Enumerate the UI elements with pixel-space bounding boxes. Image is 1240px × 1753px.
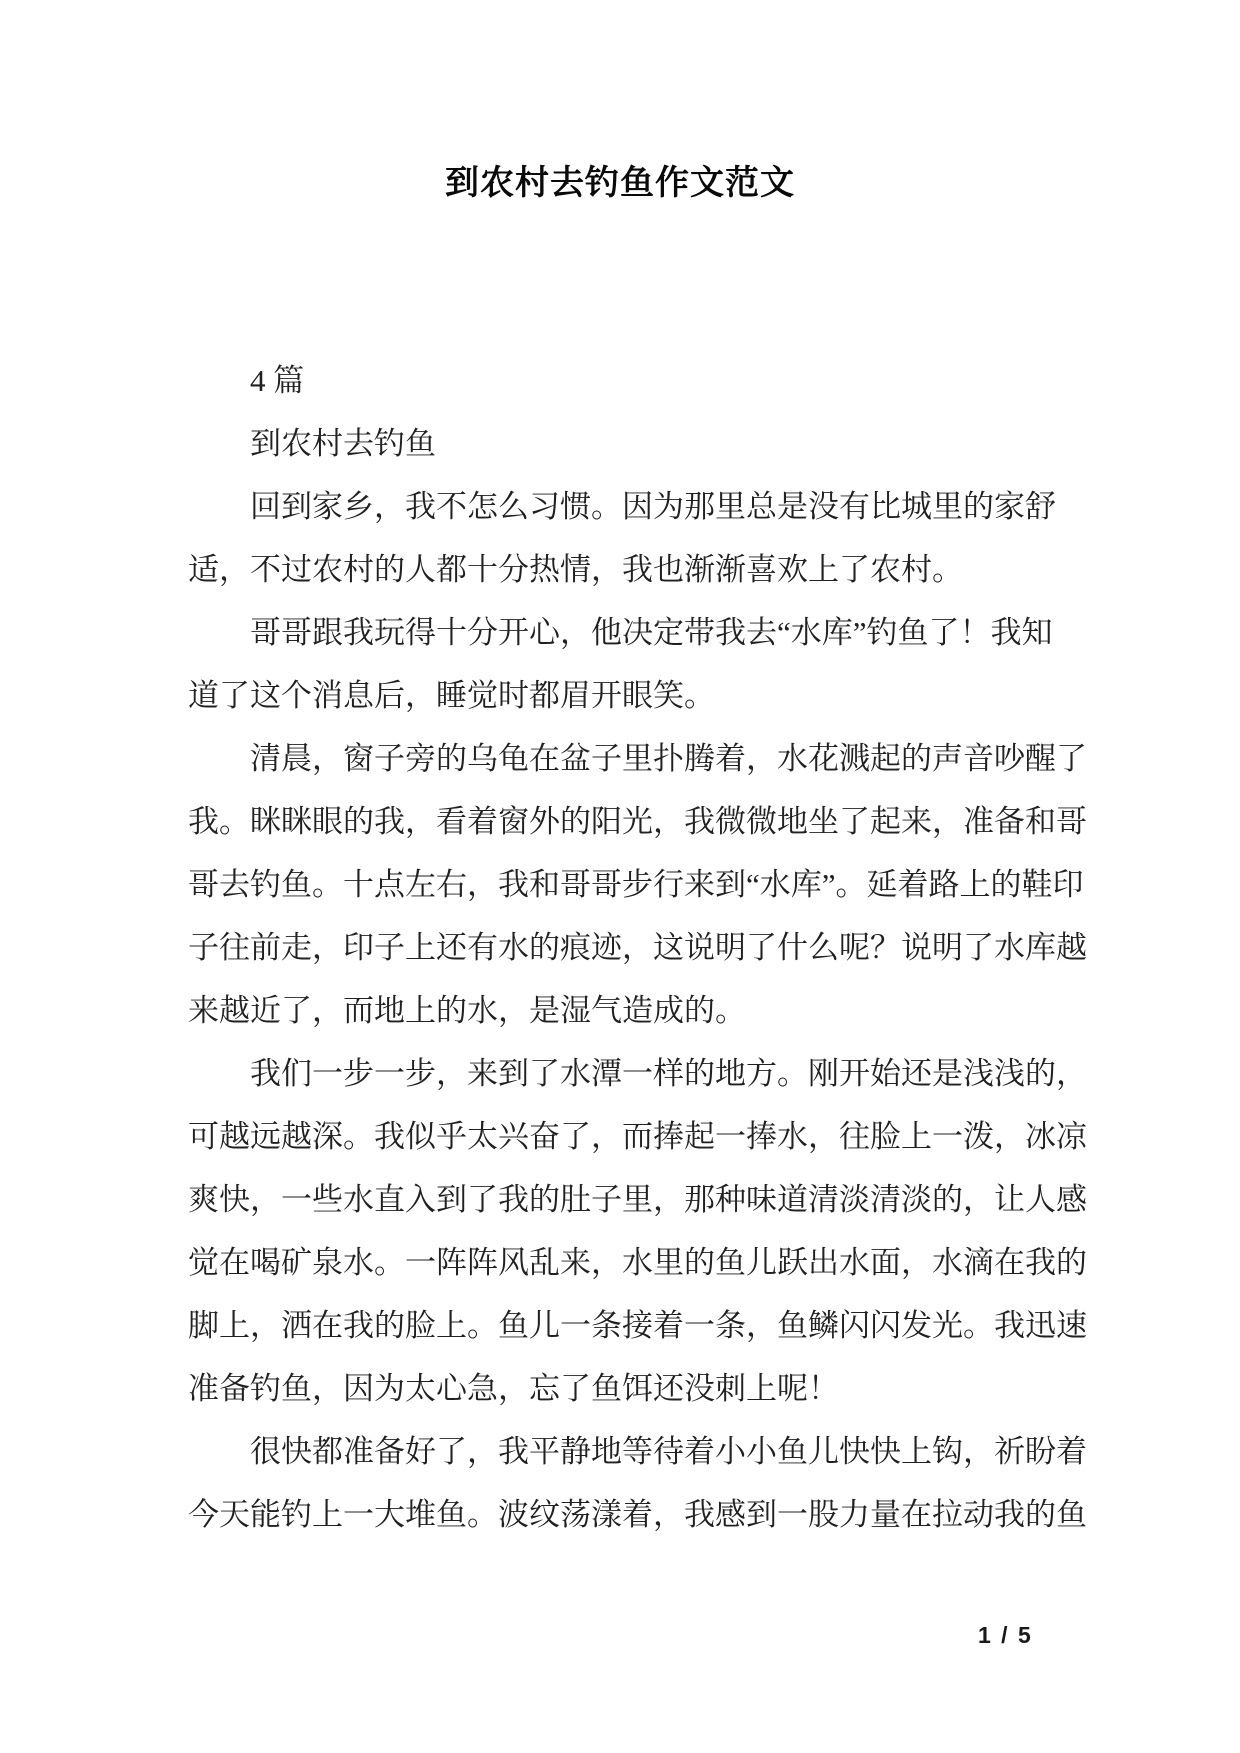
page-number: 1 / 5: [978, 1620, 1033, 1650]
paragraph: 到农村去钓鱼: [188, 412, 1054, 475]
text-line: 可越远越深。我似乎太兴奋了，而捧起一捧水，往脸上一泼，冰凉: [188, 1105, 1054, 1168]
document-page: { "page": { "title": "到农村去钓鱼作文范文", "page…: [0, 0, 1240, 1753]
text-line: 觉在喝矿泉水。一阵阵风乱来，水里的鱼儿跃出水面，水滴在我的: [188, 1231, 1054, 1294]
text-line: 道了这个消息后，睡觉时都眉开眼笑。: [188, 664, 1054, 727]
text-line: 来越近了，而地上的水，是湿气造成的。: [188, 979, 1054, 1042]
text-line: 哥去钓鱼。十点左右，我和哥哥步行来到“水库”。延着路上的鞋印: [188, 853, 1054, 916]
text-line: 适，不过农村的人都十分热情，我也渐渐喜欢上了农村。: [188, 538, 1054, 601]
paragraph: 我们一步一步，来到了水潭一样的地方。刚开始还是浅浅的，可越远越深。我似乎太兴奋了…: [188, 1042, 1054, 1420]
document-title: 到农村去钓鱼作文范文: [0, 160, 1240, 208]
text-line: 4 篇: [188, 349, 1054, 412]
paragraph: 哥哥跟我玩得十分开心，他决定带我去“水库”钓鱼了！我知道了这个消息后，睡觉时都眉…: [188, 601, 1054, 727]
paragraph: 清晨，窗子旁的乌龟在盆子里扑腾着，水花溅起的声音吵醒了我。眯眯眼的我，看着窗外的…: [188, 727, 1054, 1042]
paragraph: 回到家乡，我不怎么习惯。因为那里总是没有比城里的家舒适，不过农村的人都十分热情，…: [188, 475, 1054, 601]
text-line: 哥哥跟我玩得十分开心，他决定带我去“水库”钓鱼了！我知: [188, 601, 1054, 664]
text-line: 爽快，一些水直入到了我的肚子里，那种味道清淡清淡的，让人感: [188, 1168, 1054, 1231]
text-line: 清晨，窗子旁的乌龟在盆子里扑腾着，水花溅起的声音吵醒了: [188, 727, 1054, 790]
text-line: 我们一步一步，来到了水潭一样的地方。刚开始还是浅浅的，: [188, 1042, 1054, 1105]
text-line: 回到家乡，我不怎么习惯。因为那里总是没有比城里的家舒: [188, 475, 1054, 538]
text-line: 到农村去钓鱼: [188, 412, 1054, 475]
text-line: 今天能钓上一大堆鱼。波纹荡漾着，我感到一股力量在拉动我的鱼: [188, 1483, 1054, 1546]
document-body: 4 篇到农村去钓鱼回到家乡，我不怎么习惯。因为那里总是没有比城里的家舒适，不过农…: [188, 349, 1054, 1546]
paragraph: 4 篇: [188, 349, 1054, 412]
text-line: 脚上，洒在我的脸上。鱼儿一条接着一条，鱼鳞闪闪发光。我迅速: [188, 1294, 1054, 1357]
paragraph: 很快都准备好了，我平静地等待着小小鱼儿快快上钩，祈盼着今天能钓上一大堆鱼。波纹荡…: [188, 1420, 1054, 1546]
text-line: 我。眯眯眼的我，看着窗外的阳光，我微微地坐了起来，准备和哥: [188, 790, 1054, 853]
text-line: 很快都准备好了，我平静地等待着小小鱼儿快快上钩，祈盼着: [188, 1420, 1054, 1483]
text-line: 子往前走，印子上还有水的痕迹，这说明了什么呢？说明了水库越: [188, 916, 1054, 979]
text-line: 准备钓鱼，因为太心急，忘了鱼饵还没刺上呢！: [188, 1357, 1054, 1420]
